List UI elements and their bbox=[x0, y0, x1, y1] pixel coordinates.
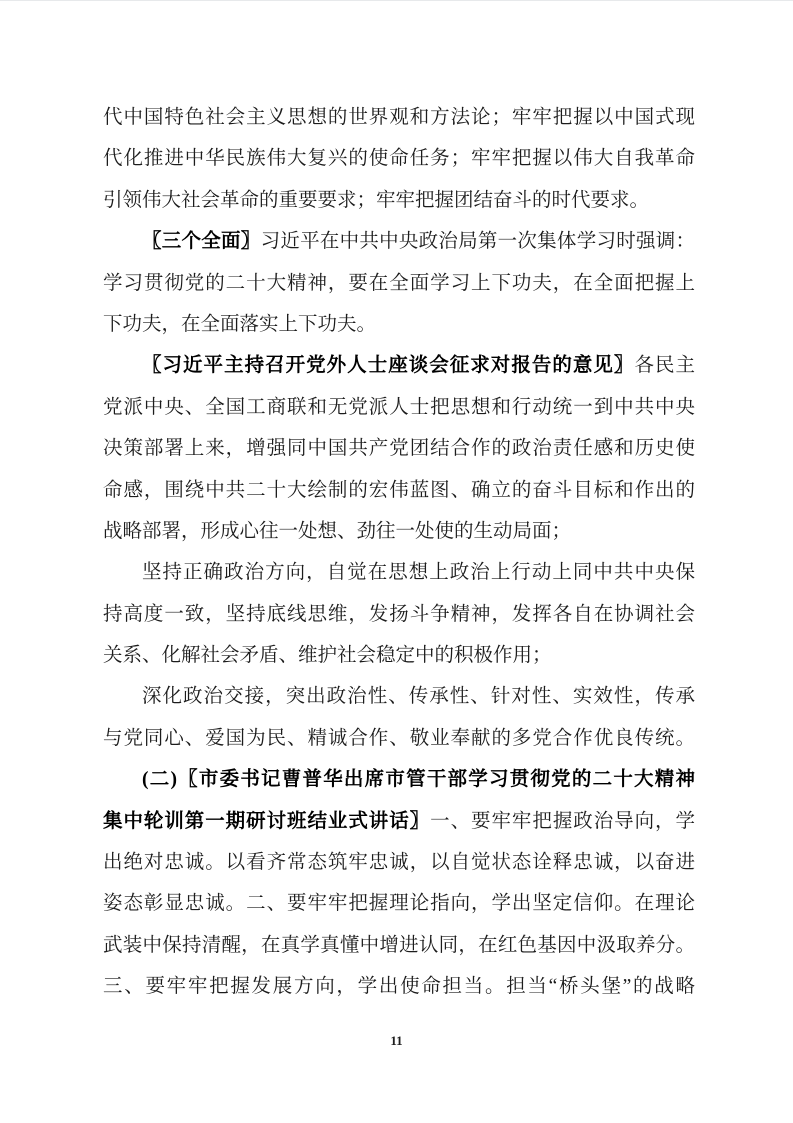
bold-heading-text: 集中轮训第一期研讨班结业式讲话〗 bbox=[103, 811, 430, 832]
body-text: 一、要牢牢把握政治导向，学 bbox=[430, 811, 695, 832]
text-line: 姿态彰显忠诚。二、要牢牢把握理论指向，学出坚定信仰。在理论 bbox=[103, 883, 695, 924]
text-line: 与党同心、爱国为民、精诚合作、敬业奉献的多党合作优良传统。 bbox=[103, 718, 695, 759]
text-line: 〖三个全面〗习近平在中共中央政治局第一次集体学习时强调： bbox=[103, 221, 695, 262]
text-line: 坚持正确政治方向，自觉在思想上政治上行动上同中共中央保 bbox=[103, 552, 695, 593]
text-line: 学习贯彻党的二十大精神，要在全面学习上下功夫，在全面把握上 bbox=[103, 263, 695, 304]
body-text: 战略部署，形成心往一处想、劲往一处使的生动局面； bbox=[103, 521, 571, 542]
text-line: 关系、化解社会矛盾、维护社会稳定中的积极作用； bbox=[103, 635, 695, 676]
text-line: 命感，围绕中共二十大绘制的宏伟蓝图、确立的奋斗目标和作出的 bbox=[103, 470, 695, 511]
page-number: 11 bbox=[0, 1032, 793, 1050]
bold-heading-text: 〖习近平主持召开党外人士座谈会征求对报告的意见〗 bbox=[142, 355, 634, 376]
text-line: 战略部署，形成心往一处想、劲往一处使的生动局面； bbox=[103, 511, 695, 552]
text-line: 代化推进中华民族伟大复兴的使命任务；牢牢把握以伟大自我革命 bbox=[103, 138, 695, 179]
text-line: 代中国特色社会主义思想的世界观和方法论；牢牢把握以中国式现 bbox=[103, 97, 695, 138]
body-text: 习近平在中共中央政治局第一次集体学习时强调： bbox=[261, 231, 695, 252]
body-text: 武装中保持清醒，在真学真懂中增进认同，在红色基因中汲取养分。 bbox=[103, 935, 695, 956]
text-line: 持高度一致，坚持底线思维，发扬斗争精神，发挥各自在协调社会 bbox=[103, 594, 695, 635]
text-lines: 代中国特色社会主义思想的世界观和方法论；牢牢把握以中国式现代化推进中华民族伟大复… bbox=[103, 97, 695, 1008]
bold-heading-text: 〖三个全面〗 bbox=[142, 231, 261, 252]
body-text: 学习贯彻党的二十大精神，要在全面学习上下功夫，在全面把握上 bbox=[103, 273, 695, 294]
text-line: 引领伟大社会革命的重要要求；牢牢把握团结奋斗的时代要求。 bbox=[103, 180, 695, 221]
bold-heading-text: (二)〖市委书记曹普华出席市管干部学习贯彻党的二十大精神 bbox=[142, 769, 695, 790]
text-line: 下功夫，在全面落实上下功夫。 bbox=[103, 304, 695, 345]
text-line: 三、要牢牢把握发展方向，学出使命担当。担当“桥头堡”的战略 bbox=[103, 966, 695, 1007]
body-text: 三、要牢牢把握发展方向，学出使命担当。担当“桥头堡”的战略 bbox=[103, 976, 695, 997]
body-text: 与党同心、爱国为民、精诚合作、敬业奉献的多党合作优良传统。 bbox=[103, 728, 695, 749]
body-text: 引领伟大社会革命的重要要求；牢牢把握团结奋斗的时代要求。 bbox=[103, 190, 649, 211]
body-text: 坚持正确政治方向，自觉在思想上政治上行动上同中共中央保 bbox=[142, 562, 695, 583]
text-line: 党派中央、全国工商联和无党派人士把思想和行动统一到中共中央 bbox=[103, 387, 695, 428]
body-text: 代化推进中华民族伟大复兴的使命任务；牢牢把握以伟大自我革命 bbox=[103, 148, 695, 169]
body-text: 关系、化解社会矛盾、维护社会稳定中的积极作用； bbox=[103, 645, 552, 666]
text-line: 深化政治交接，突出政治性、传承性、针对性、实效性，传承 bbox=[103, 676, 695, 717]
body-text: 各民主 bbox=[634, 355, 695, 376]
text-line: 〖习近平主持召开党外人士座谈会征求对报告的意见〗各民主 bbox=[103, 345, 695, 386]
body-text: 代中国特色社会主义思想的世界观和方法论；牢牢把握以中国式现 bbox=[103, 107, 695, 128]
body-text: 命感，围绕中共二十大绘制的宏伟蓝图、确立的奋斗目标和作出的 bbox=[103, 480, 695, 501]
body-text: 持高度一致，坚持底线思维，发扬斗争精神，发挥各自在协调社会 bbox=[103, 604, 695, 625]
text-line: 武装中保持清醒，在真学真懂中增进认同，在红色基因中汲取养分。 bbox=[103, 925, 695, 966]
body-text: 出绝对忠诚。以看齐常态筑牢忠诚，以自觉状态诠释忠诚，以奋进 bbox=[103, 852, 695, 873]
text-line: 决策部署上来，增强同中国共产党团结合作的政治责任感和历史使 bbox=[103, 428, 695, 469]
text-line: 出绝对忠诚。以看齐常态筑牢忠诚，以自觉状态诠释忠诚，以奋进 bbox=[103, 842, 695, 883]
body-text: 决策部署上来，增强同中国共产党团结合作的政治责任感和历史使 bbox=[103, 438, 695, 459]
body-text: 下功夫，在全面落实上下功夫。 bbox=[103, 314, 376, 335]
body-text: 党派中央、全国工商联和无党派人士把思想和行动统一到中共中央 bbox=[103, 397, 695, 418]
text-line: (二)〖市委书记曹普华出席市管干部学习贯彻党的二十大精神 bbox=[103, 759, 695, 800]
body-text: 姿态彰显忠诚。二、要牢牢把握理论指向，学出坚定信仰。在理论 bbox=[103, 893, 695, 914]
text-line: 集中轮训第一期研讨班结业式讲话〗一、要牢牢把握政治导向，学 bbox=[103, 801, 695, 842]
document-page: 代中国特色社会主义思想的世界观和方法论；牢牢把握以中国式现代化推进中华民族伟大复… bbox=[0, 0, 793, 1123]
body-text: 深化政治交接，突出政治性、传承性、针对性、实效性，传承 bbox=[142, 686, 695, 707]
